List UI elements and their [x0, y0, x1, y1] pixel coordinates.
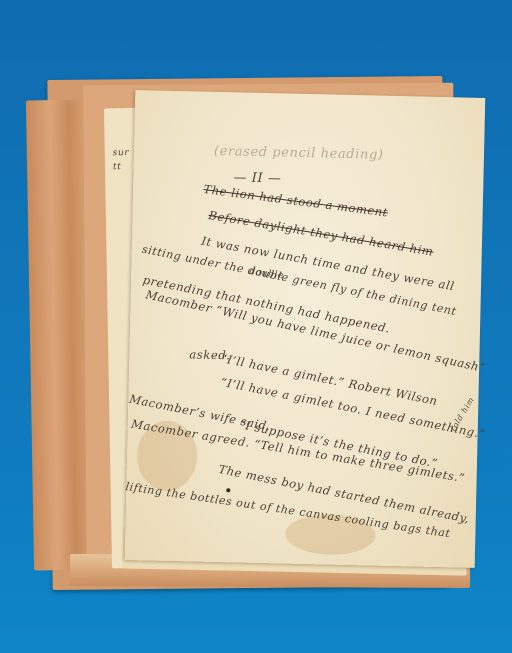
ink-spot [226, 488, 230, 492]
underpage-mark: tt [113, 162, 122, 172]
underpage-mark: sur [113, 148, 130, 158]
manuscript-page: (erased pencil heading) — II — The lion … [125, 90, 486, 568]
manuscript-stack: sur tt ... wrinkles at their ... (erased… [0, 0, 512, 653]
page-marker: — II — [233, 170, 281, 186]
erased-heading: (erased pencil heading) [214, 144, 384, 163]
